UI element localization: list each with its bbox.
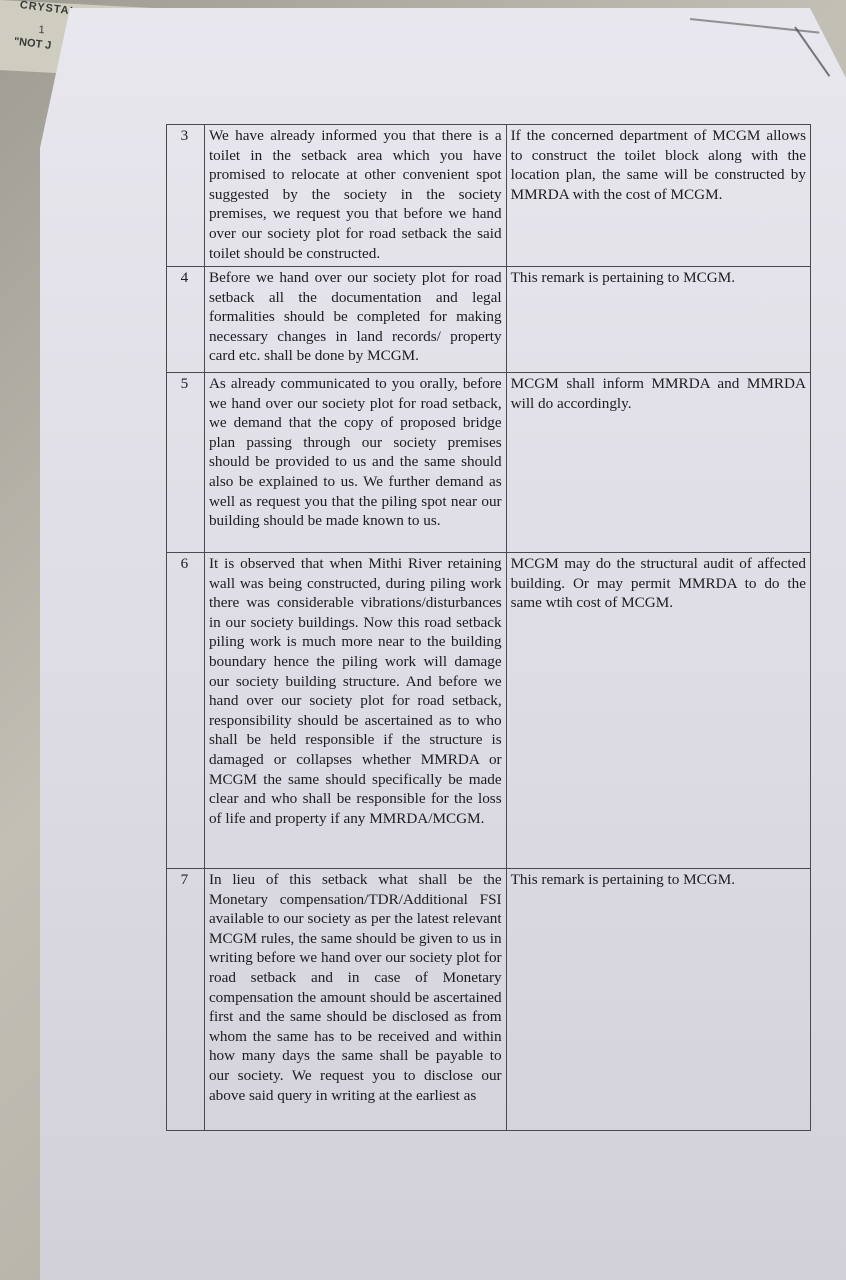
row-number: 3 [167, 125, 205, 267]
background-label-not: "NOT J [13, 36, 52, 52]
row-number: 4 [167, 267, 205, 373]
query-reply-table: 3 We have already informed you that ther… [166, 124, 811, 1131]
society-query: We have already informed you that there … [204, 125, 506, 267]
society-query: As already communicated to you orally, b… [204, 373, 506, 553]
row-number: 7 [167, 869, 205, 1131]
society-query: It is observed that when Mithi River ret… [204, 553, 506, 869]
table-row: 4 Before we hand over our society plot f… [167, 267, 811, 373]
table-row: 3 We have already informed you that ther… [167, 125, 811, 267]
table-row: 6 It is observed that when Mithi River r… [167, 553, 811, 869]
row-number: 5 [167, 373, 205, 553]
row-number: 6 [167, 553, 205, 869]
background-label-number: 1 [38, 24, 45, 36]
table-row: 7 In lieu of this setback what shall be … [167, 869, 811, 1131]
authority-reply: If the concerned department of MCGM allo… [506, 125, 810, 267]
society-query: Before we hand over our society plot for… [204, 267, 506, 373]
table-row: 5 As already communicated to you orally,… [167, 373, 811, 553]
authority-reply: This remark is pertaining to MCGM. [506, 267, 810, 373]
authority-reply: MCGM shall inform MMRDA and MMRDA will d… [506, 373, 810, 553]
society-query: In lieu of this setback what shall be th… [204, 869, 506, 1131]
authority-reply: This remark is pertaining to MCGM. [506, 869, 810, 1131]
authority-reply: MCGM may do the structural audit of affe… [506, 553, 810, 869]
